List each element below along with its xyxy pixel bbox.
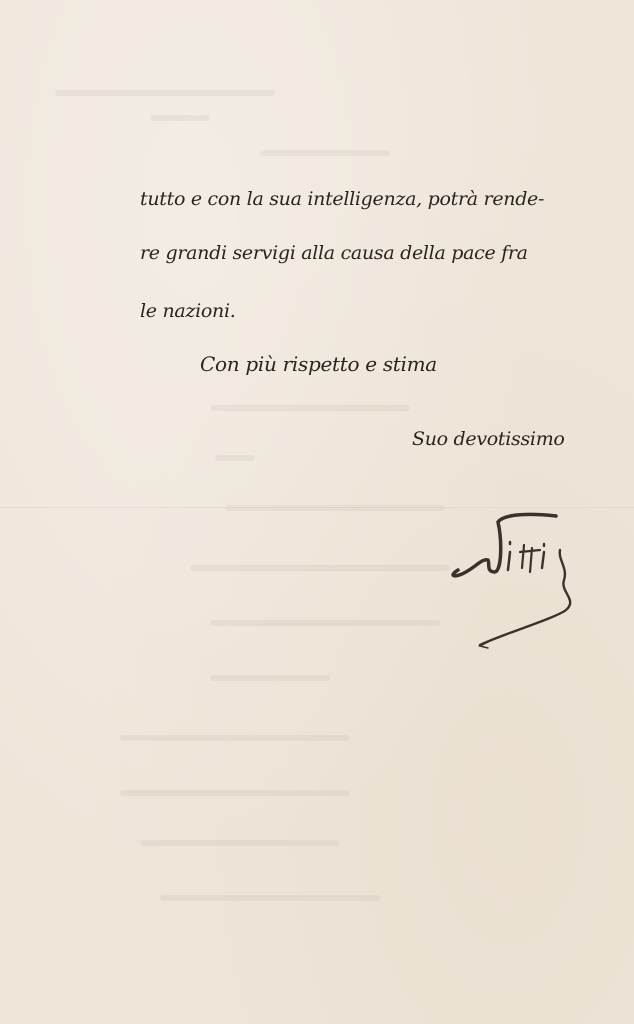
bleed-through-mark [150, 115, 210, 121]
bleed-through-mark [160, 895, 380, 901]
bleed-through-mark [215, 455, 255, 461]
bleed-through-mark [210, 620, 440, 626]
letter-closing: Suo devotissimo [412, 428, 565, 450]
bleed-through-mark [210, 675, 330, 681]
letter-body-line-3: le nazioni. [140, 300, 236, 322]
signature: Nitti [440, 500, 620, 650]
bleed-through-mark [210, 405, 410, 411]
bleed-through-mark [55, 90, 275, 96]
signature-flourish-icon [440, 500, 620, 650]
bleed-through-mark [190, 565, 450, 571]
bleed-through-mark [120, 735, 350, 741]
bleed-through-mark [260, 150, 390, 156]
letter-body-line-1: tutto e con la sua intelligenza, potrà r… [140, 188, 544, 210]
bleed-through-mark [140, 840, 340, 846]
bleed-through-mark [120, 790, 350, 796]
letter-body-line-2: re grandi servigi alla causa della pace … [140, 242, 528, 264]
letter-salutation: Con più rispetto e stima [200, 352, 437, 376]
